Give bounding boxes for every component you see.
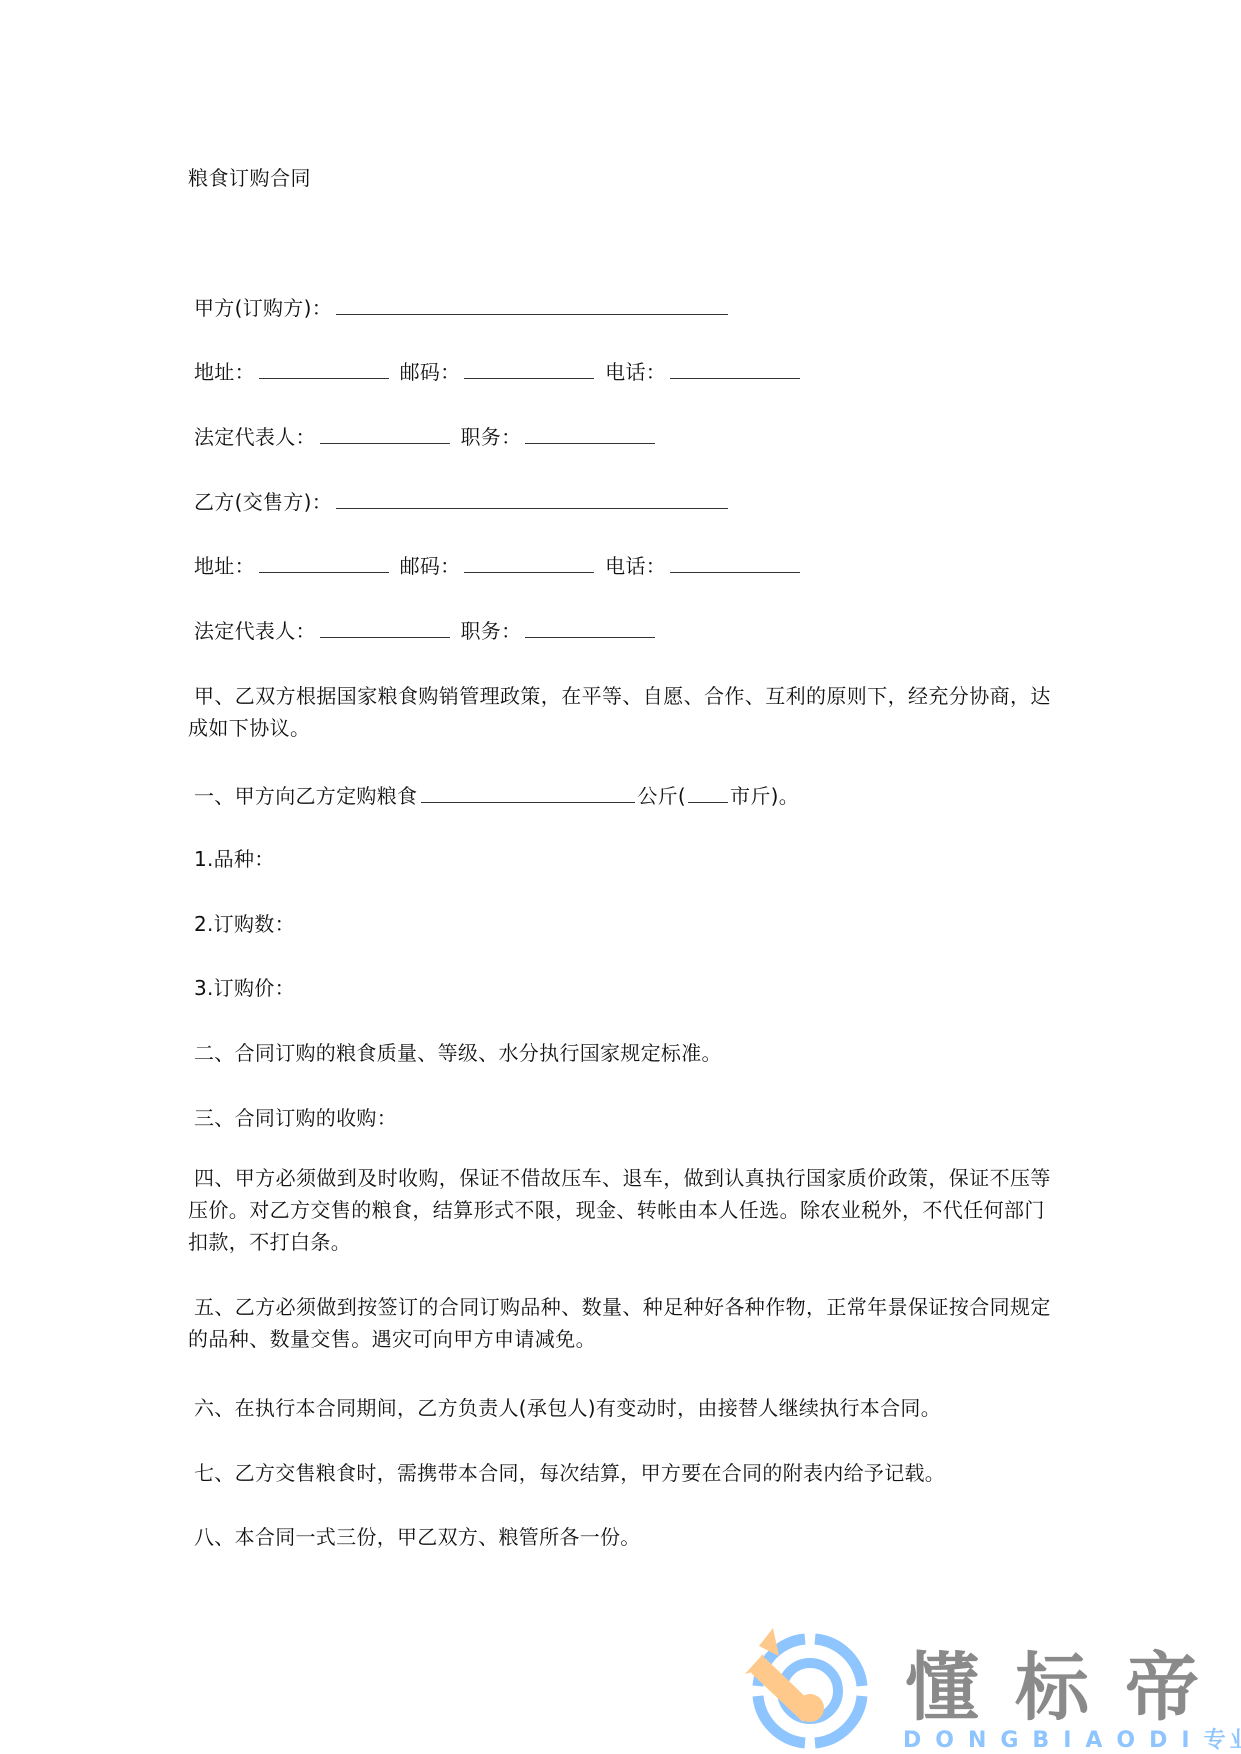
clause-8: 八、本合同一式三份，甲乙双方、粮管所各一份。: [194, 1523, 641, 1551]
brand-name-cn: 懂标帝: [905, 1648, 1235, 1728]
party-a-name-field[interactable]: [336, 294, 728, 315]
party-b-line: 乙方(交售方)：: [194, 488, 732, 516]
clause-7: 七、乙方交售粮食时，需携带本合同，每次结算，甲方要在合同的附表内给予记载。: [194, 1459, 945, 1487]
party-b-rep-label: 法定代表人：: [194, 619, 316, 643]
party-b-position-label: 职务：: [460, 619, 521, 643]
party-a-line: 甲方(订购方)：: [194, 294, 732, 322]
clause-1-item-price: 3.订购价：: [194, 974, 295, 1002]
document-title: 粮食订购合同: [188, 164, 311, 192]
edition-label: 专业版: [1204, 1728, 1241, 1753]
clause-1-unit-jin: 市斤)。: [730, 784, 799, 808]
party-a-postcode-field[interactable]: [464, 358, 594, 379]
party-a-address-label: 地址：: [194, 360, 255, 384]
clause-6: 六、在执行本合同期间，乙方负责人(承包人)有变动时，由接替人继续执行本合同。: [194, 1394, 941, 1422]
grain-quantity-field[interactable]: [421, 782, 635, 803]
party-a-position-field[interactable]: [525, 423, 655, 444]
party-b-position-field[interactable]: [525, 617, 655, 638]
party-a-rep-line: 法定代表人： 职务：: [194, 423, 659, 451]
party-b-name-field[interactable]: [336, 488, 728, 509]
party-b-rep-line: 法定代表人： 职务：: [194, 617, 659, 645]
party-a-phone-label: 电话：: [605, 360, 666, 384]
party-b-address-label: 地址：: [194, 554, 255, 578]
party-a-postcode-label: 邮码：: [400, 360, 461, 384]
party-a-rep-field[interactable]: [320, 423, 450, 444]
party-b-phone-field[interactable]: [670, 552, 800, 573]
grain-jin-field[interactable]: [688, 782, 728, 803]
party-b-address-field[interactable]: [259, 552, 389, 573]
brand-en-text: DONGBIAODI: [903, 1728, 1204, 1753]
clause-1-item-variety: 1.品种：: [194, 845, 275, 873]
party-a-address-field[interactable]: [259, 358, 389, 379]
clause-1: 一、甲方向乙方定购粮食公斤(市斤)。: [194, 782, 799, 810]
party-b-postcode-label: 邮码：: [400, 554, 461, 578]
party-a-phone-field[interactable]: [670, 358, 800, 379]
party-b-contact-line: 地址： 邮码： 电话：: [194, 552, 804, 580]
clause-5: 五、乙方必须做到按签订的合同订购品种、数量、种足种好各种作物，正常年景保证按合同…: [188, 1291, 1058, 1355]
party-a-position-label: 职务：: [460, 425, 521, 449]
party-a-rep-label: 法定代表人：: [194, 425, 316, 449]
party-b-label: 乙方(交售方)：: [194, 490, 332, 514]
party-b-phone-label: 电话：: [605, 554, 666, 578]
party-a-contact-line: 地址： 邮码： 电话：: [194, 358, 804, 386]
target-arrow-icon: [745, 1628, 875, 1754]
brand-name-en: DONGBIAODI专业版: [903, 1728, 1241, 1754]
clause-4: 四、甲方必须做到及时收购，保证不借故压车、退车，做到认真执行国家质价政策，保证不…: [188, 1162, 1058, 1258]
document-page: 粮食订购合同 甲方(订购方)： 地址： 邮码： 电话： 法定代表人： 职务： 乙…: [0, 0, 1241, 1754]
party-b-postcode-field[interactable]: [464, 552, 594, 573]
clause-2: 二、合同订购的粮食质量、等级、水分执行国家规定标准。: [194, 1039, 722, 1067]
clause-3: 三、合同订购的收购：: [194, 1104, 397, 1132]
clause-1-unit-kg: 公斤(: [637, 784, 686, 808]
party-b-rep-field[interactable]: [320, 617, 450, 638]
clause-1-item-quantity: 2.订购数：: [194, 910, 295, 938]
clause-1-prefix: 一、甲方向乙方定购粮食: [194, 784, 417, 808]
watermark-logo: 懂标帝 DONGBIAODI专业版: [745, 1628, 1215, 1754]
preamble-paragraph: 甲、乙双方根据国家粮食购销管理政策，在平等、自愿、合作、互利的原则下，经充分协商…: [188, 680, 1058, 744]
party-a-label: 甲方(订购方)：: [194, 296, 332, 320]
